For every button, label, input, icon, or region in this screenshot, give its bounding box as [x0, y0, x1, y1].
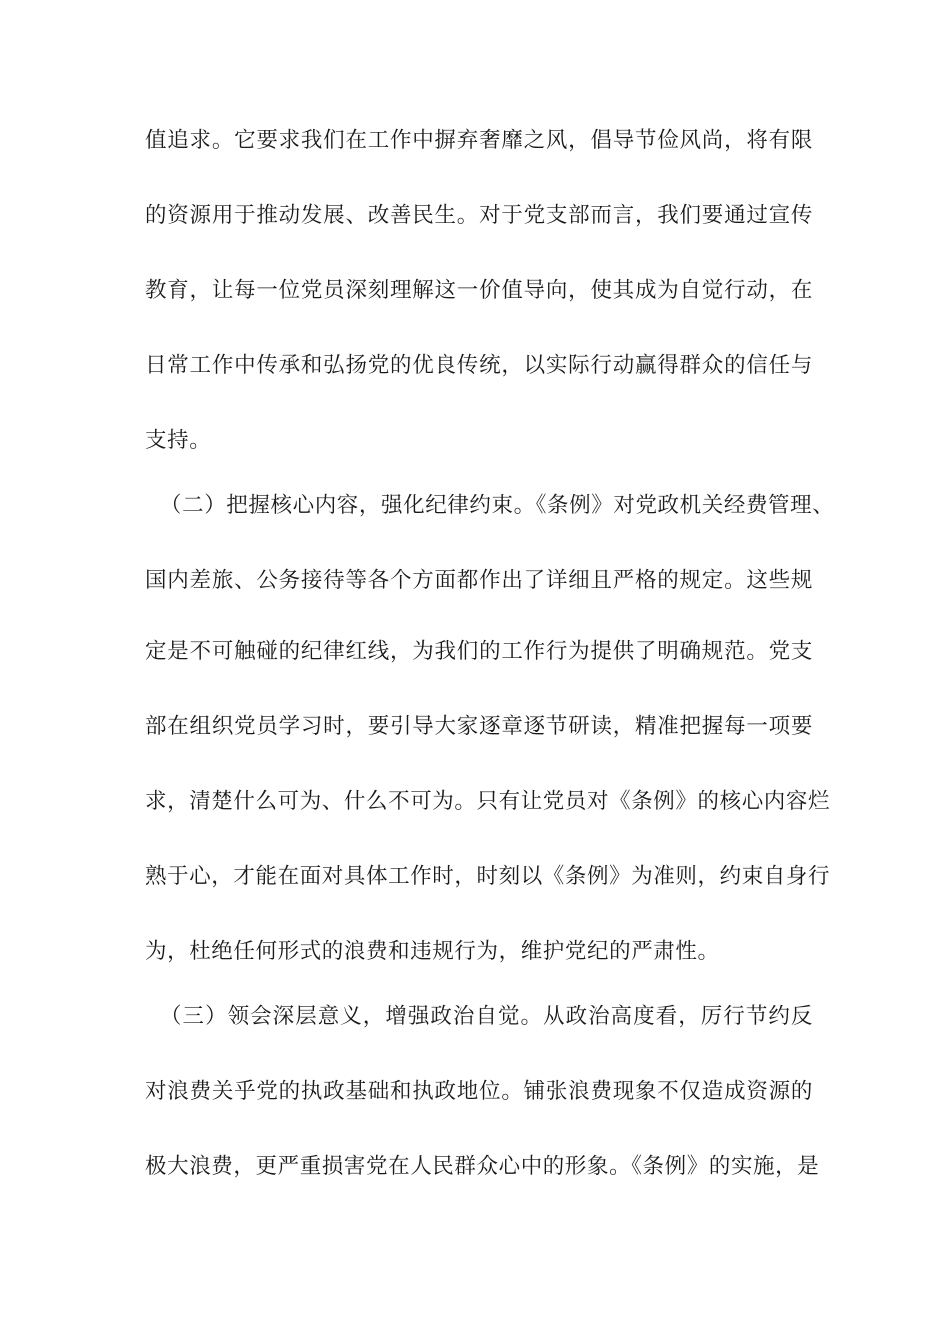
document-page: 值追求。它要求我们在工作中摒弃奢靡之风，倡导节俭风尚，将有限 的资源用于推动发展…	[0, 0, 950, 1344]
text-line: 为，杜绝任何形式的浪费和违规行为，维护党纪的严肃性。	[145, 938, 813, 966]
section-heading-3: （三）领会深层意义，增强政治自觉。从政治高度看，厉行节约反	[160, 1003, 813, 1031]
section-heading-2: （二）把握核心内容，强化纪律约束。《条例》对党政机关经费管理、	[160, 492, 820, 520]
text-line: 的资源用于推动发展、改善民生。对于党支部而言，我们要通过宣传	[145, 202, 813, 230]
text-line: 极大浪费，更严重损害党在人民群众心中的形象。《条例》的实施，是	[145, 1153, 813, 1181]
text-line: 日常工作中传承和弘扬党的优良传统，以实际行动赢得群众的信任与	[145, 352, 813, 380]
text-line: 支持。	[145, 427, 813, 455]
text-line: 国内差旅、公务接待等各个方面都作出了详细且严格的规定。这些规	[145, 567, 813, 595]
text-line: 求，清楚什么可为、什么不可为。只有让党员对《条例》的核心内容烂	[145, 788, 813, 816]
text-line: 教育，让每一位党员深刻理解这一价值导向，使其成为自觉行动，在	[145, 277, 813, 305]
text-line: 熟于心，才能在面对具体工作时，时刻以《条例》为准则，约束自身行	[145, 863, 813, 891]
text-line: 值追求。它要求我们在工作中摒弃奢靡之风，倡导节俭风尚，将有限	[145, 127, 813, 155]
text-line: 定是不可触碰的纪律红线，为我们的工作行为提供了明确规范。党支	[145, 638, 813, 666]
text-line: 部在组织党员学习时，要引导大家逐章逐节研读，精准把握每一项要	[145, 713, 813, 741]
text-line: 对浪费关乎党的执政基础和执政地位。铺张浪费现象不仅造成资源的	[145, 1078, 813, 1106]
